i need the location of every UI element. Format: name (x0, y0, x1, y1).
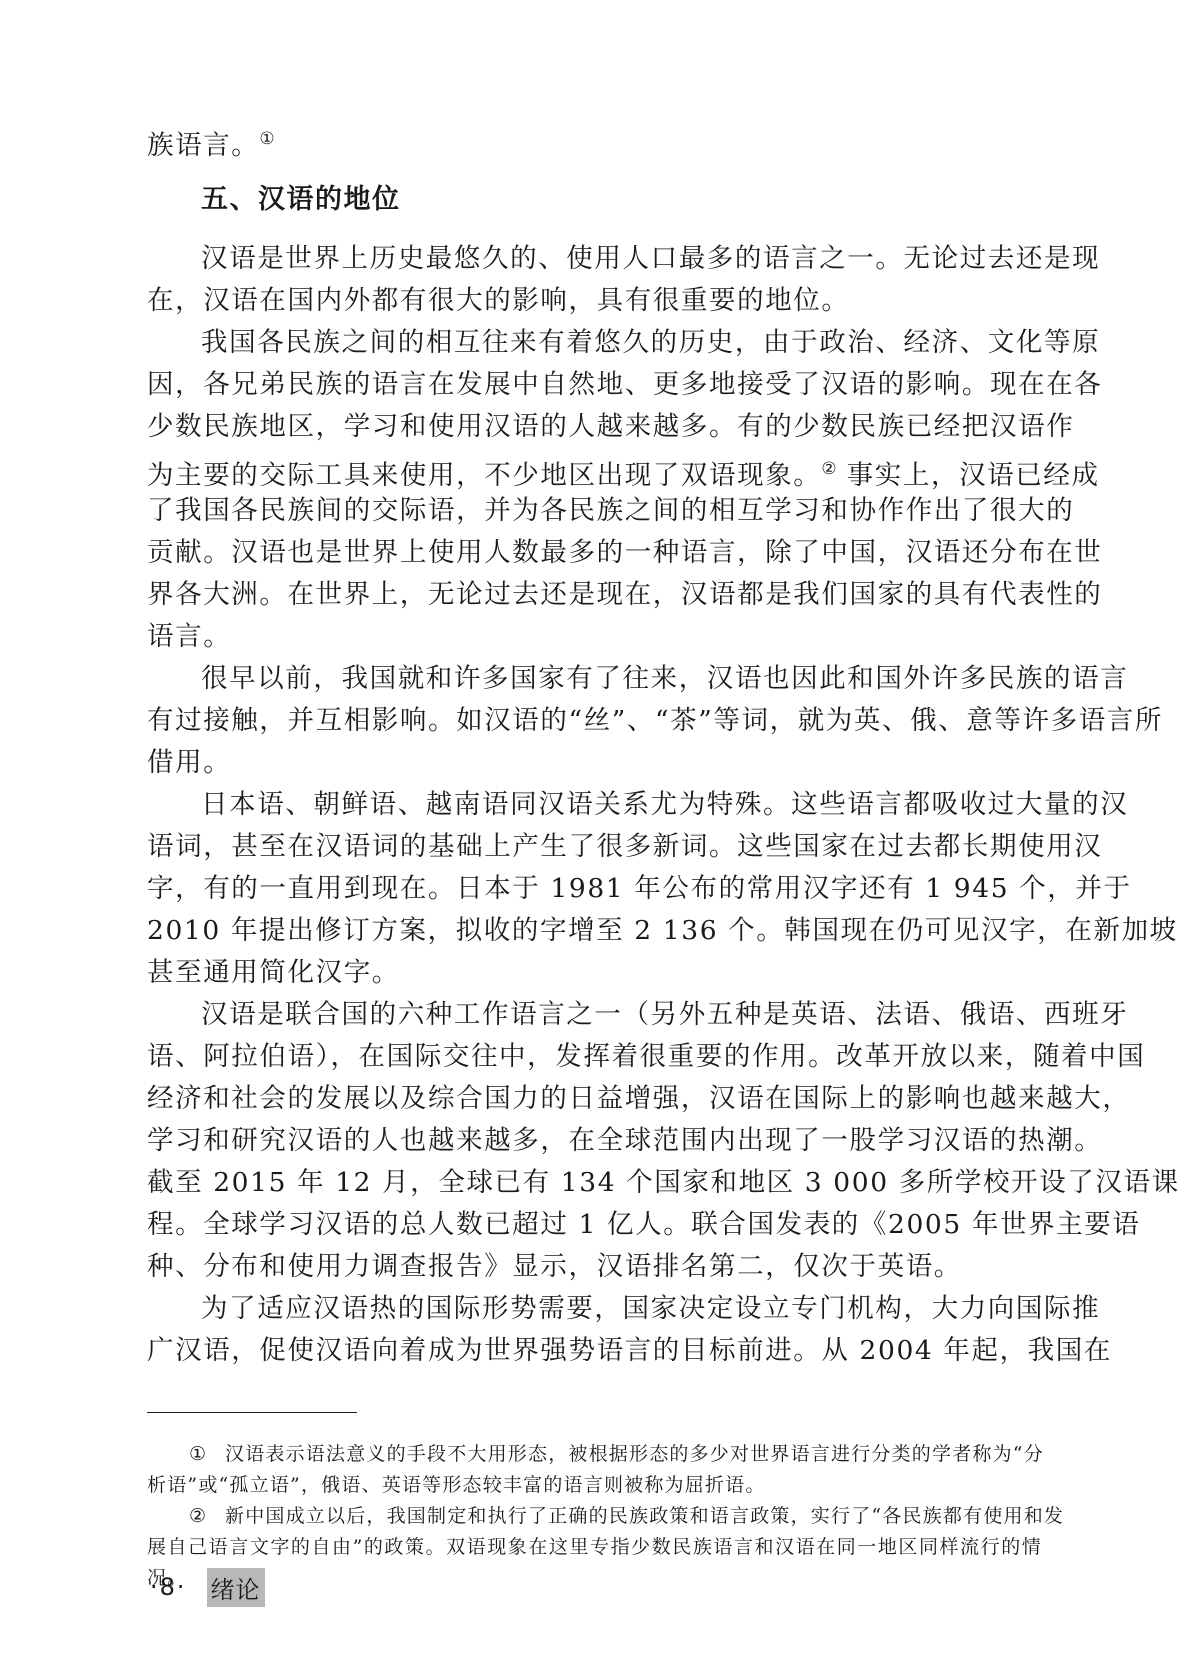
footnote-2: ②新中国成立以后，我国制定和执行了正确的民族政策和语言政策，实行了“各民族都有使… (147, 1501, 1042, 1594)
footnote-mark: ① (189, 1439, 225, 1470)
text-line: 很早以前，我国就和许多国家有了往来，汉语也因此和国外许多民族的语言 (147, 658, 1042, 700)
text-line: 种、分布和使用力调查报告》显示，汉语排名第二，仅次于英语。 (147, 1246, 1042, 1288)
text-line: 在，汉语在国内外都有很大的影响，具有很重要的地位。 (147, 280, 1042, 322)
opening-line: 族语言。① (147, 118, 1042, 160)
text-line: 广汉语，促使汉语向着成为世界强势语言的目标前进。从 2004 年起，我国在 (147, 1330, 1042, 1372)
text-line: 甚至通用简化汉字。 (147, 952, 1042, 994)
section-label: 绪论 (207, 1568, 265, 1607)
text-line: 汉语是联合国的六种工作语言之一（另外五种是英语、法语、俄语、西班牙 (147, 994, 1042, 1036)
page-number: ·8· (150, 1573, 187, 1601)
text-line: 界各大洲。在世界上，无论过去还是现在，汉语都是我们国家的具有代表性的 (147, 574, 1042, 616)
text-line: 截至 2015 年 12 月，全球已有 134 个国家和地区 3 000 多所学… (147, 1162, 1042, 1204)
text-line: 学习和研究汉语的人也越来越多，在全球范围内出现了一股学习汉语的热潮。 (147, 1120, 1042, 1162)
text-line: 有过接触，并互相影响。如汉语的“丝”、“茶”等词，就为英、俄、意等许多语言所 (147, 700, 1042, 742)
footnote-line: 析语”或“孤立语”，俄语、英语等形态较丰富的语言则被称为屈折语。 (147, 1470, 1042, 1501)
text-line: 日本语、朝鲜语、越南语同汉语关系尤为特殊。这些语言都吸收过大量的汉 (147, 784, 1042, 826)
text-line: 语、阿拉伯语），在国际交往中，发挥着很重要的作用。改革开放以来，随着中国 (147, 1036, 1042, 1078)
text-line: 因，各兄弟民族的语言在发展中自然地、更多地接受了汉语的影响。现在在各 (147, 364, 1042, 406)
footnote-line: ②新中国成立以后，我国制定和执行了正确的民族政策和语言政策，实行了“各民族都有使… (147, 1501, 1042, 1532)
text-line: 经济和社会的发展以及综合国力的日益增强，汉语在国际上的影响也越来越大， (147, 1078, 1042, 1120)
text-line: 字，有的一直用到现在。日本于 1981 年公布的常用汉字还有 1 945 个，并… (147, 868, 1042, 910)
text-line: 为主要的交际工具来使用，不少地区出现了双语现象。② 事实上，汉语已经成 (147, 448, 1042, 490)
footnotes: ①汉语表示语法意义的手段不大用形态，被根据形态的多少对世界语言进行分类的学者称为… (147, 1439, 1042, 1594)
footnote-text: 新中国成立以后，我国制定和执行了正确的民族政策和语言政策，实行了“各民族都有使用… (225, 1505, 1064, 1527)
paragraph-2: 我国各民族之间的相互往来有着悠久的历史，由于政治、经济、文化等原 因，各兄弟民族… (147, 322, 1042, 658)
text-line: 了我国各民族间的交际语，并为各民族之间的相互学习和协作作出了很大的 (147, 490, 1042, 532)
footnote-line: 况。 (147, 1563, 1042, 1594)
text-line: 程。全球学习汉语的总人数已超过 1 亿人。联合国发表的《2005 年世界主要语 (147, 1204, 1042, 1246)
section-heading: 五、汉语的地位 (147, 180, 1042, 220)
paragraph-6: 为了适应汉语热的国际形势需要，国家决定设立专门机构，大力向国际推 广汉语，促使汉… (147, 1288, 1042, 1372)
page-footer: ·8· 绪论 (150, 1567, 265, 1607)
text-line: 为了适应汉语热的国际形势需要，国家决定设立专门机构，大力向国际推 (147, 1288, 1042, 1330)
paragraph-5: 汉语是联合国的六种工作语言之一（另外五种是英语、法语、俄语、西班牙 语、阿拉伯语… (147, 994, 1042, 1288)
opening-text: 族语言。 (147, 130, 259, 161)
text-line: 借用。 (147, 742, 1042, 784)
text-segment: 为主要的交际工具来使用，不少地区出现了双语现象。 (147, 460, 821, 491)
text-segment: 事实上，汉语已经成 (837, 460, 1100, 491)
footnote-ref-2[interactable]: ② (821, 459, 836, 479)
page-body: 族语言。① 五、汉语的地位 汉语是世界上历史最悠久的、使用人口最多的语言之一。无… (147, 118, 1042, 1594)
paragraph-4: 日本语、朝鲜语、越南语同汉语关系尤为特殊。这些语言都吸收过大量的汉 语词，甚至在… (147, 784, 1042, 994)
footnote-divider (147, 1412, 357, 1413)
text-line: 语言。 (147, 616, 1042, 658)
footnote-text: 汉语表示语法意义的手段不大用形态，被根据形态的多少对世界语言进行分类的学者称为“… (225, 1443, 1044, 1465)
footnote-ref-1[interactable]: ① (259, 129, 274, 149)
text-line: 少数民族地区，学习和使用汉语的人越来越多。有的少数民族已经把汉语作 (147, 406, 1042, 448)
paragraph-1: 汉语是世界上历史最悠久的、使用人口最多的语言之一。无论过去还是现 在，汉语在国内… (147, 238, 1042, 322)
footnote-line: 展自己语言文字的自由”的政策。双语现象在这里专指少数民族语言和汉语在同一地区同样… (147, 1532, 1042, 1563)
text-line: 我国各民族之间的相互往来有着悠久的历史，由于政治、经济、文化等原 (147, 322, 1042, 364)
text-line: 2010 年提出修订方案，拟收的字增至 2 136 个。韩国现在仍可见汉字，在新… (147, 910, 1042, 952)
footnote-1: ①汉语表示语法意义的手段不大用形态，被根据形态的多少对世界语言进行分类的学者称为… (147, 1439, 1042, 1501)
text-line: 汉语是世界上历史最悠久的、使用人口最多的语言之一。无论过去还是现 (147, 238, 1042, 280)
paragraph-3: 很早以前，我国就和许多国家有了往来，汉语也因此和国外许多民族的语言 有过接触，并… (147, 658, 1042, 784)
footnote-mark: ② (189, 1501, 225, 1532)
text-line: 贡献。汉语也是世界上使用人数最多的一种语言，除了中国，汉语还分布在世 (147, 532, 1042, 574)
footnote-line: ①汉语表示语法意义的手段不大用形态，被根据形态的多少对世界语言进行分类的学者称为… (147, 1439, 1042, 1470)
text-line: 语词，甚至在汉语词的基础上产生了很多新词。这些国家在过去都长期使用汉 (147, 826, 1042, 868)
